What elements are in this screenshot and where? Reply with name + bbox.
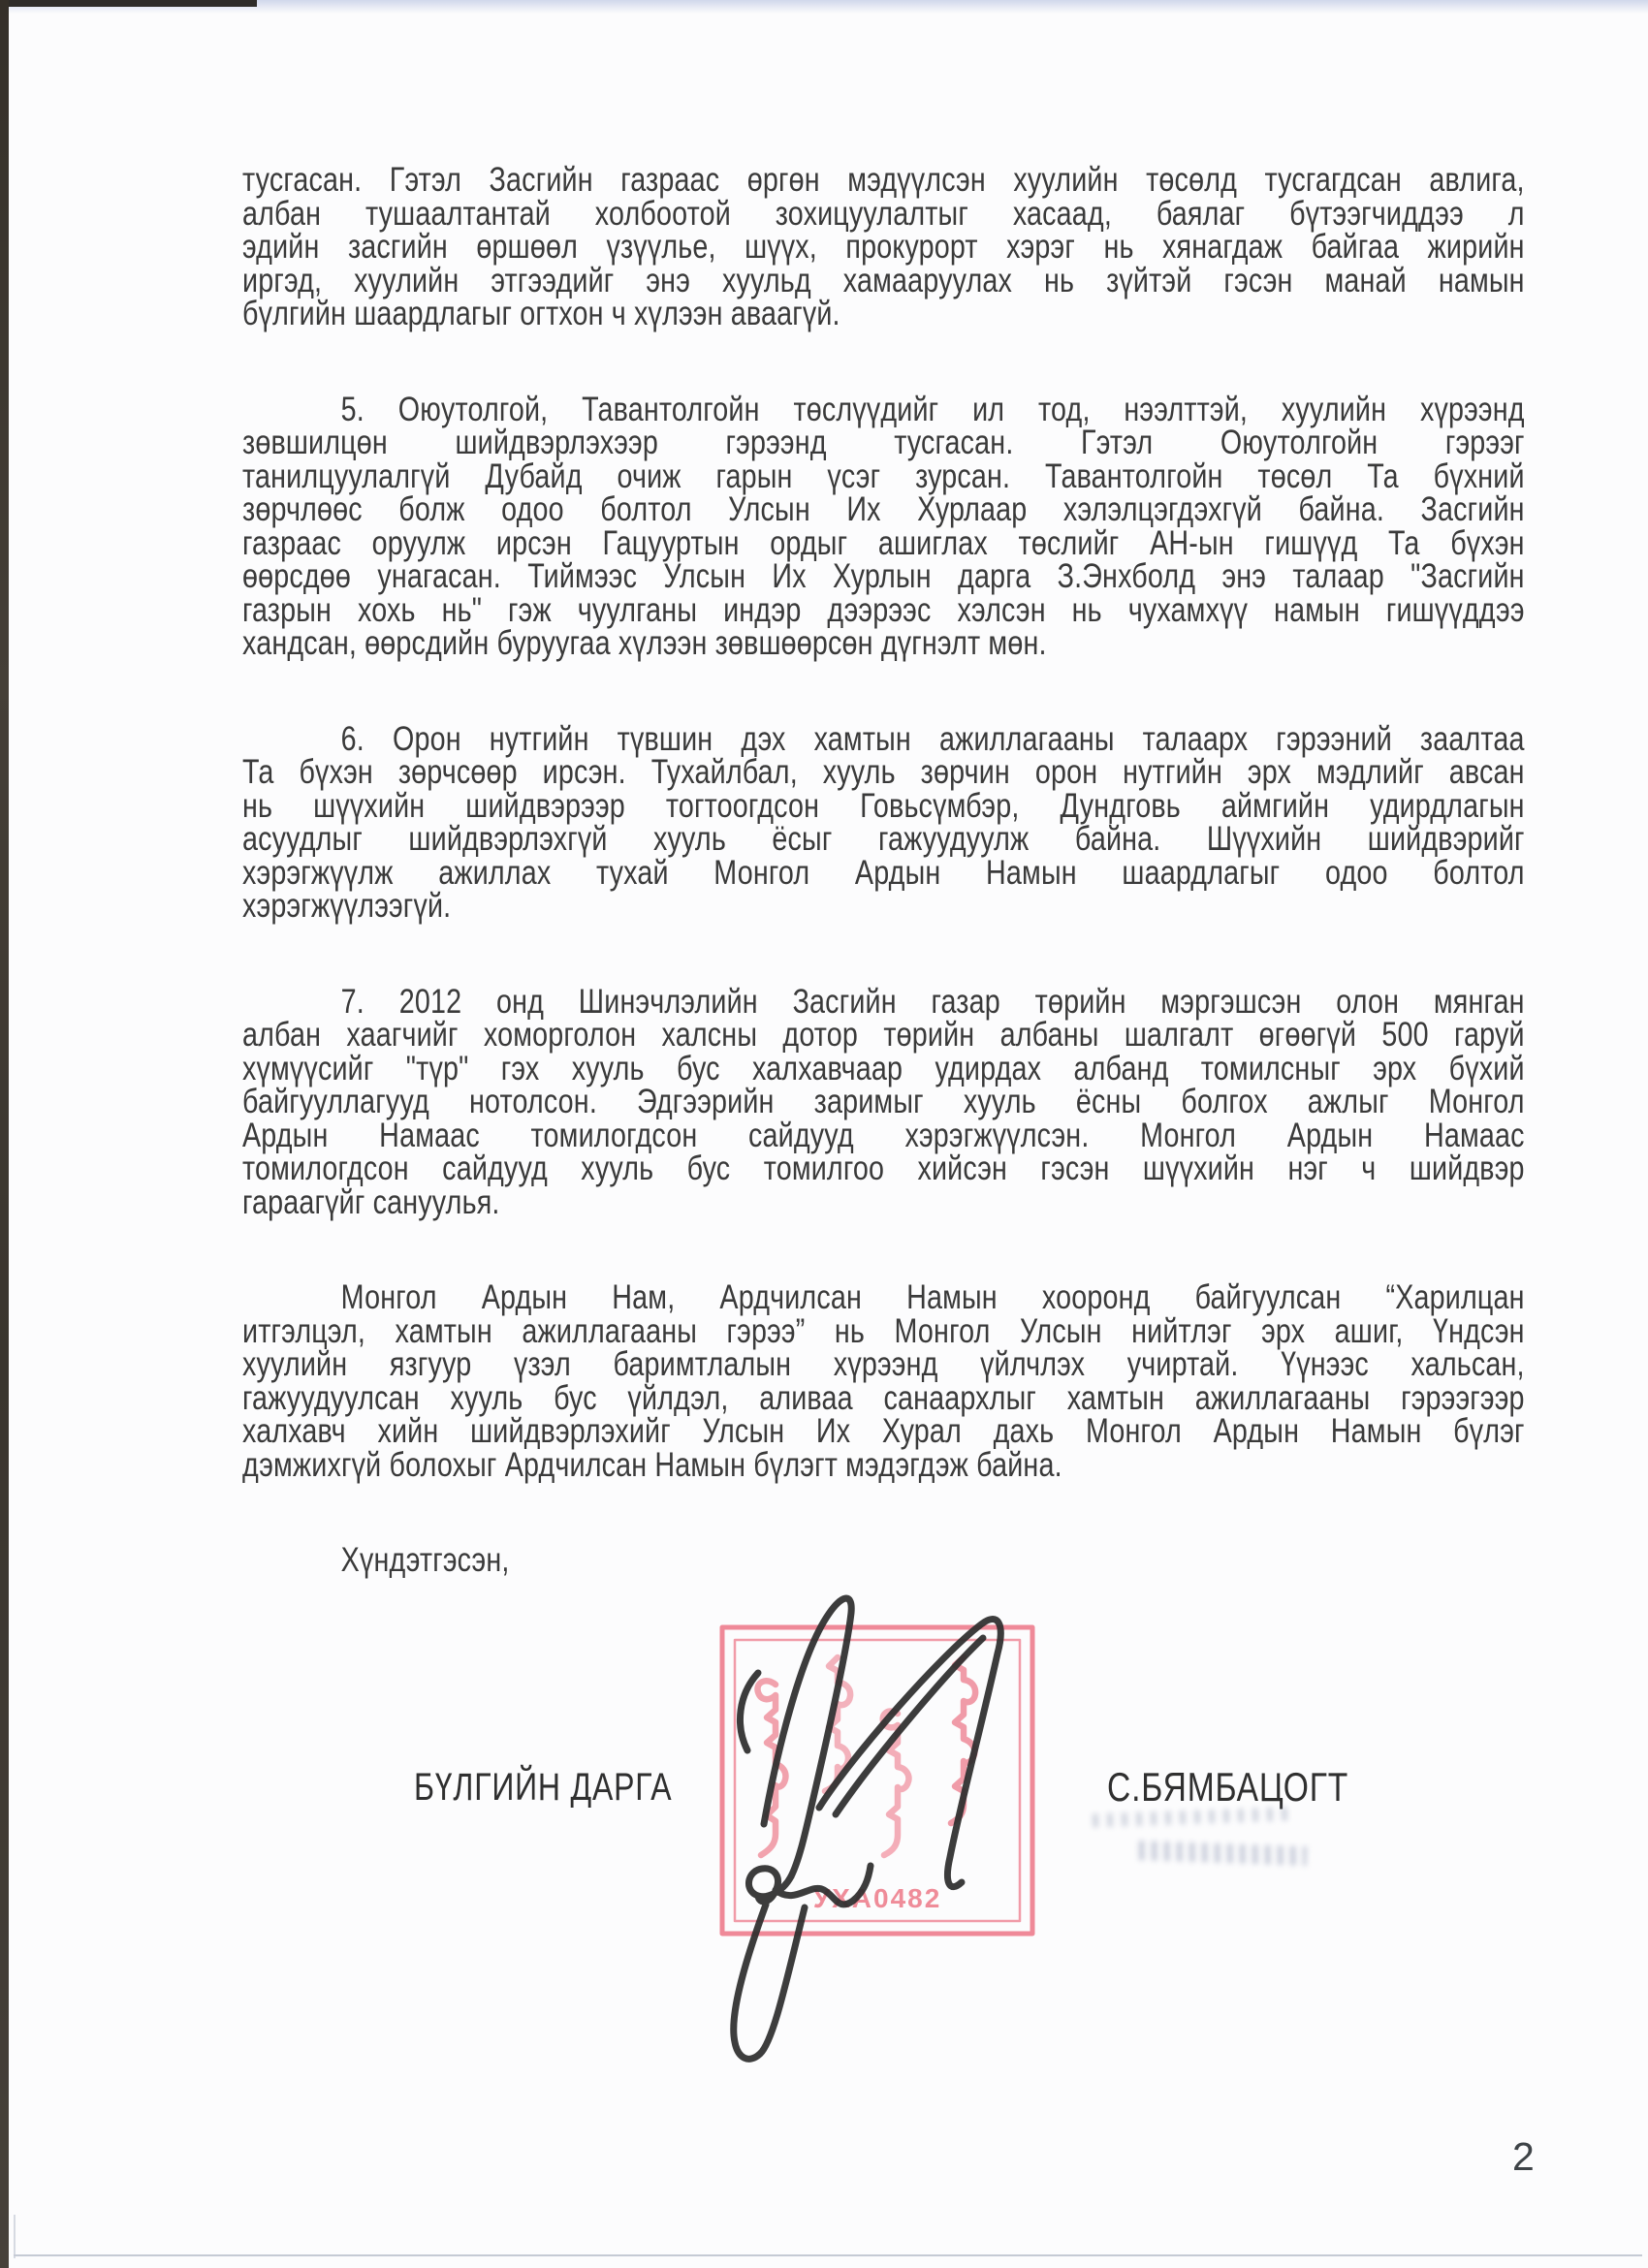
paragraph: 7. 2012 онд Шинэчлэлийн Засгийн газар тө… [242, 986, 1525, 1220]
text-line: тусгасан. Гэтэл Засгийн газраас өргөн мэ… [242, 164, 1525, 198]
text-line: Монгол Ардын Нам, Ардчилсан Намын хоорон… [242, 1281, 1525, 1315]
paragraph: Монгол Ардын Нам, Ардчилсан Намын хоорон… [242, 1281, 1525, 1482]
scan-top-edge-artifact [0, 0, 257, 7]
text-line: албан хаагчийг хоморголон халсны дотор т… [242, 1019, 1525, 1053]
text-line: зөрчлөөс болж одоо болтол Улсын Их Хурла… [242, 493, 1525, 527]
scan-bottom-edge-artifact [14, 2254, 1642, 2256]
text-line: хуулийн язгуур үзэл баримтлалын хүрээнд … [242, 1348, 1525, 1382]
text-line: гажуудуулсан хууль бус үйлдэл, аливаа са… [242, 1382, 1525, 1416]
text-line: 6. Орон нутгийн түвшин дэх хамтын ажилла… [242, 723, 1525, 757]
scan-left-edge-artifact [0, 0, 9, 2268]
text-line: дэмжихгүй болохыг Ардчилсан Намын бүлэгт… [242, 1449, 1525, 1483]
text-line: зөвшилцөн шийдвэрлэхээр гэрээнд тусгасан… [242, 426, 1525, 460]
text-line: газраас оруулж ирсэн Гацууртын ордыг аши… [242, 527, 1525, 561]
paragraphs-container: тусгасан. Гэтэл Засгийн газраас өргөн мэ… [242, 164, 1525, 1482]
text-line: томилогдсон сайдууд хууль бус томилгоо х… [242, 1152, 1525, 1186]
text-line: газрын хохь нь" гэж чуулганы индэр дээрэ… [242, 594, 1525, 628]
paragraph: 5. Оюутолгой, Тавантолгойн төслүүдийг ил… [242, 394, 1525, 661]
text-line: асуудлыг шийдвэрлэхгүй хууль ёсыг гажууд… [242, 823, 1525, 857]
text-line: итгэлцэл, хамтын ажиллагааны гэрээ” нь М… [242, 1315, 1525, 1349]
text-line: танилцуулалгүй Дубайд очиж гарын үсэг зу… [242, 460, 1525, 494]
text-line: бүлгийн шаардлагыг огтхон ч хүлээн авааг… [242, 298, 1525, 331]
text-line: 7. 2012 онд Шинэчлэлийн Засгийн газар тө… [242, 986, 1525, 1020]
text-line: Та бүхэн зөрчсөөр ирсэн. Тухайлбал, хуул… [242, 756, 1525, 790]
text-line: нь шүүхийн шийдвэрээр тогтоогдсон Говьсү… [242, 790, 1525, 824]
signature [620, 1570, 1066, 2098]
pencil-smudge [1132, 1841, 1308, 1866]
paragraph: тусгасан. Гэтэл Засгийн газраас өргөн мэ… [242, 164, 1525, 331]
text-line: иргэд, хуулийн этгээдийг энэ хуульд хама… [242, 265, 1525, 299]
text-line: албан тушаалтантай холбоотой зохицуулалт… [242, 198, 1525, 232]
letter-body: тусгасан. Гэтэл Засгийн газраас өргөн мэ… [242, 164, 1525, 1578]
text-line: Ардын Намаас томилогдсон сайдууд хэрэгжү… [242, 1119, 1525, 1153]
page-number: 2 [1512, 2134, 1535, 2180]
text-line: хэрэгжүүлж ажиллах тухай Монгол Ардын На… [242, 857, 1525, 891]
paragraph: 6. Орон нутгийн түвшин дэх хамтын ажилла… [242, 723, 1525, 924]
text-line: эдийн засгийн өршөөл үзүүлье, шүүх, прок… [242, 231, 1525, 265]
scan-bottom-corner-artifact [14, 2215, 16, 2258]
text-line: гараагүйг сануулья. [242, 1186, 1525, 1220]
text-line: байгууллагууд нотолсон. Эдгээрийн заримы… [242, 1086, 1525, 1119]
text-line: хандсан, өөрсдийн буруугаа хүлээн зөвшөө… [242, 627, 1525, 661]
text-line: хэрэгжүүлээгүй. [242, 890, 1525, 924]
text-line: хүмүүсийг "түр" гэх хууль бус халхавчаар… [242, 1053, 1525, 1087]
text-line: халхавч хийн шийдвэрлэхийг Улсын Их Хура… [242, 1415, 1525, 1449]
text-line: 5. Оюутолгой, Тавантолгойн төслүүдийг ил… [242, 394, 1525, 427]
text-line: өөрсдөө унагасан. Тиймээс Улсын Их Хурлы… [242, 560, 1525, 594]
signer-name: С.БЯМБАЦОГТ [1107, 1764, 1348, 1811]
